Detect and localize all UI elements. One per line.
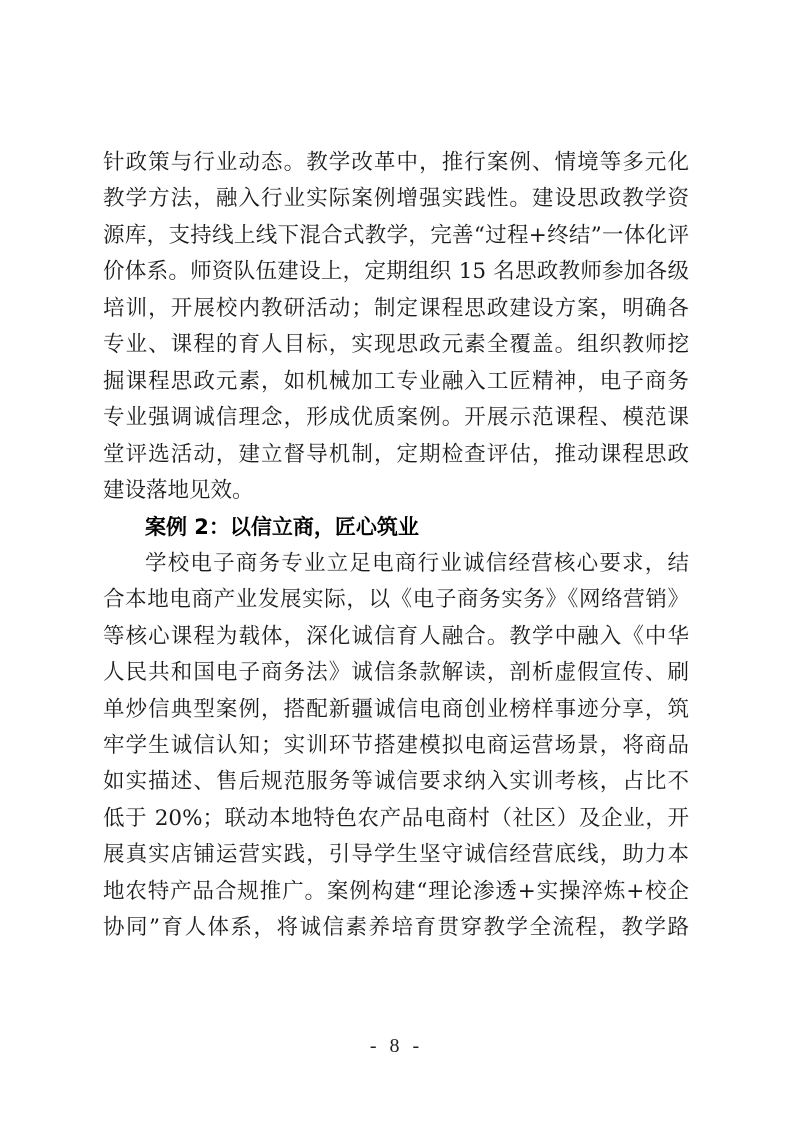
text-line: 培训，开展校内教研活动；制定课程思政建设方案，明确各	[103, 291, 689, 327]
text-line: 专业强调诚信理念，形成优质案例。开展示范课程、模范课	[103, 400, 689, 436]
page-number: - 8 -	[0, 1035, 793, 1058]
document-page: 针政策与行业动态。教学改革中，推行案例、情境等多元化 教学方法，融入行业实际案例…	[0, 0, 793, 1122]
text-line: 地农特产品合规推广。案例构建“理论渗透+实操淬炼+校企	[103, 874, 689, 910]
text-line: 专业、课程的育人目标，实现思政元素全覆盖。组织教师挖	[103, 327, 689, 363]
text-line: 学校电子商务专业立足电商行业诚信经营核心要求，结	[103, 546, 689, 582]
text-line: 牢学生诚信认知；实训环节搭建模拟电商运营场景，将商品	[103, 728, 689, 764]
text-line: 教学方法，融入行业实际案例增强实践性。建设思政教学资	[103, 181, 689, 217]
text-line: 价体系。师资队伍建设上，定期组织 15 名思政教师参加各级	[103, 254, 689, 290]
text-line: 等核心课程为载体，深化诚信育人融合。教学中融入《中华	[103, 619, 689, 655]
text-line: 合本地电商产业发展实际，以《电子商务实务》《网络营销》	[103, 582, 689, 618]
text-line: 堂评选活动，建立督导机制，定期检查评估，推动课程思政	[103, 437, 689, 473]
text-line: 建设落地见效。	[103, 473, 689, 509]
text-line: 单炒信典型案例，搭配新疆诚信电商创业榜样事迹分享，筑	[103, 692, 689, 728]
paragraph-1: 针政策与行业动态。教学改革中，推行案例、情境等多元化 教学方法，融入行业实际案例…	[103, 145, 693, 509]
text-line: 协同”育人体系，将诚信素养培育贯穿教学全流程，教学路	[103, 910, 689, 946]
section-heading: 案例 2：以信立商，匠心筑业	[103, 509, 693, 545]
text-line: 掘课程思政元素，如机械加工专业融入工匠精神，电子商务	[103, 364, 689, 400]
text-line: 源库，支持线上线下混合式教学，完善“过程+终结”一体化评	[103, 218, 689, 254]
body-text: 针政策与行业动态。教学改革中，推行案例、情境等多元化 教学方法，融入行业实际案例…	[103, 145, 693, 947]
text-line: 如实描述、售后规范服务等诚信要求纳入实训考核，占比不	[103, 764, 689, 800]
paragraph-2: 学校电子商务专业立足电商行业诚信经营核心要求，结 合本地电商产业发展实际，以《电…	[103, 546, 693, 947]
text-line: 针政策与行业动态。教学改革中，推行案例、情境等多元化	[103, 145, 689, 181]
text-line: 展真实店铺运营实践，引导学生坚守诚信经营底线，助力本	[103, 837, 689, 873]
text-line: 低于 20%；联动本地特色农产品电商村（社区）及企业，开	[103, 801, 689, 837]
text-line: 人民共和国电子商务法》诚信条款解读，剖析虚假宣传、刷	[103, 655, 689, 691]
